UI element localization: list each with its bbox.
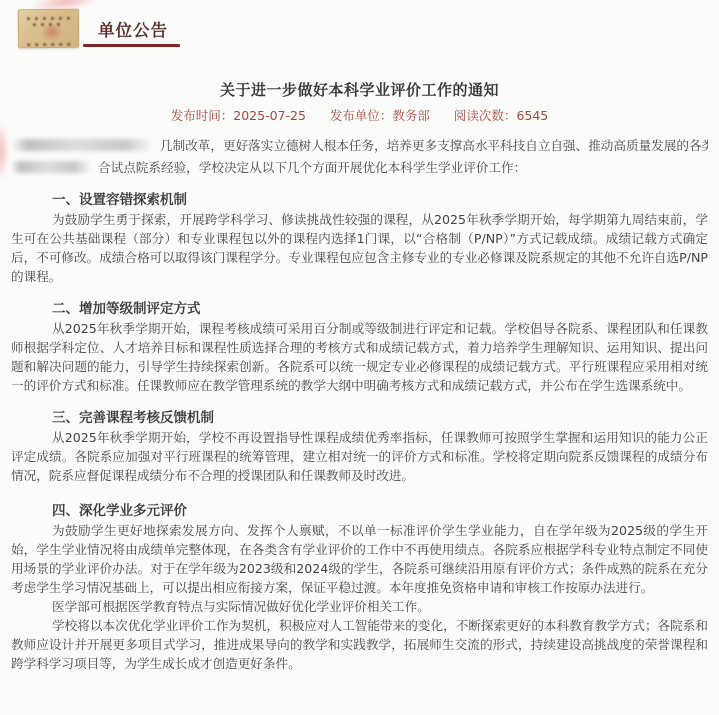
tab-active-underline	[83, 44, 180, 47]
section-3: 三、完善课程考核反馈机制 从2025年秋季学期开始，学校不再设置指导性课程成绩优…	[11, 409, 708, 485]
section-heading: 一、设置容错探索机制	[11, 191, 708, 210]
section-4: 四、深化学业多元评价 为鼓励学生更好地探索发展方向、发挥个人禀赋，不以单一标准评…	[11, 502, 708, 597]
publish-unit: 发布单位：教务部	[330, 106, 430, 124]
section-paragraph: 为鼓励学生更好地探索发展方向、发挥个人禀赋，不以单一标准评价学生学业能力，自在学…	[11, 521, 708, 597]
intro-line-text: 几制改革，更好落实立德树人根本任务，培养更多支撑高水平科技自立自强、推动高质量发…	[160, 138, 708, 153]
section-heading: 二、增加等级制评定方式	[11, 300, 708, 319]
closing-paragraph: 学校将以本次优化学业评价工作为契机，积极应对人工智能带来的变化，不断探索更好的本…	[11, 616, 708, 673]
publish-time: 发布时间：2025-07-25	[171, 106, 306, 124]
tab-unit-announcement[interactable]: 单位公告	[98, 17, 168, 41]
intro-line: 合试点院系经验，学校决定从以下几个方面开展优化本科学生学业评价工作：	[11, 157, 708, 179]
publish-unit-value: 教务部	[392, 108, 430, 123]
closing-paragraph: 医学部可根据医学教育特点与实际情况做好优化学业评价相关工作。	[11, 597, 708, 616]
read-count-value: 6545	[516, 108, 548, 123]
notice-title: 关于进一步做好本科学业评价工作的通知	[11, 79, 708, 100]
publish-unit-label: 发布单位：	[330, 108, 393, 123]
stamp-card-logo-detail	[23, 14, 74, 43]
section-heading: 三、完善课程考核反馈机制	[11, 409, 708, 428]
page-header: 单位公告	[0, 0, 719, 58]
closing-paragraphs: 医学部可根据医学教育特点与实际情况做好优化学业评价相关工作。 学校将以本次优化学…	[11, 597, 708, 673]
intro-line: 几制改革，更好落实立德树人根本任务，培养更多支撑高水平科技自立自强、推动高质量发…	[11, 135, 708, 157]
stamp-card-logo-icon	[18, 9, 79, 49]
section-heading: 四、深化学业多元评价	[11, 502, 708, 521]
announcement-page: { "colors": { "badge_text": "#5b2d28", "…	[0, 0, 719, 715]
section-paragraph: 为鼓励学生勇于探索，开展跨学科学习、修读挑战性较强的课程，从2025年秋季学期开…	[11, 210, 708, 286]
redacted-blur	[11, 161, 91, 173]
read-count-label: 阅读次数：	[454, 108, 517, 123]
notice-document: 关于进一步做好本科学业评价工作的通知 发布时间：2025-07-25 发布单位：…	[0, 79, 719, 673]
notice-meta: 发布时间：2025-07-25 发布单位：教务部 阅读次数：6545	[11, 106, 708, 124]
intro-line-text: 合试点院系经验，学校决定从以下几个方面开展优化本科学生学业评价工作：	[98, 160, 526, 175]
section-1: 一、设置容错探索机制 为鼓励学生勇于探索，开展跨学科学习、修读挑战性较强的课程，…	[11, 191, 708, 286]
section-paragraph: 从2025年秋季学期开始，课程考核成绩可采用百分制或等级制进行评定和记载。学校倡…	[11, 319, 708, 395]
intro-paragraph: 几制改革，更好落实立德树人根本任务，培养更多支撑高水平科技自立自强、推动高质量发…	[11, 135, 708, 178]
read-count: 阅读次数：6545	[454, 106, 548, 124]
redacted-blur	[11, 139, 153, 151]
publish-time-value: 2025-07-25	[233, 108, 306, 123]
section-paragraph: 从2025年秋季学期开始，学校不再设置指导性课程成绩优秀率指标，任课教师可按照学…	[11, 428, 708, 485]
section-2: 二、增加等级制评定方式 从2025年秋季学期开始，课程考核成绩可采用百分制或等级…	[11, 300, 708, 395]
publish-time-label: 发布时间：	[171, 108, 234, 123]
